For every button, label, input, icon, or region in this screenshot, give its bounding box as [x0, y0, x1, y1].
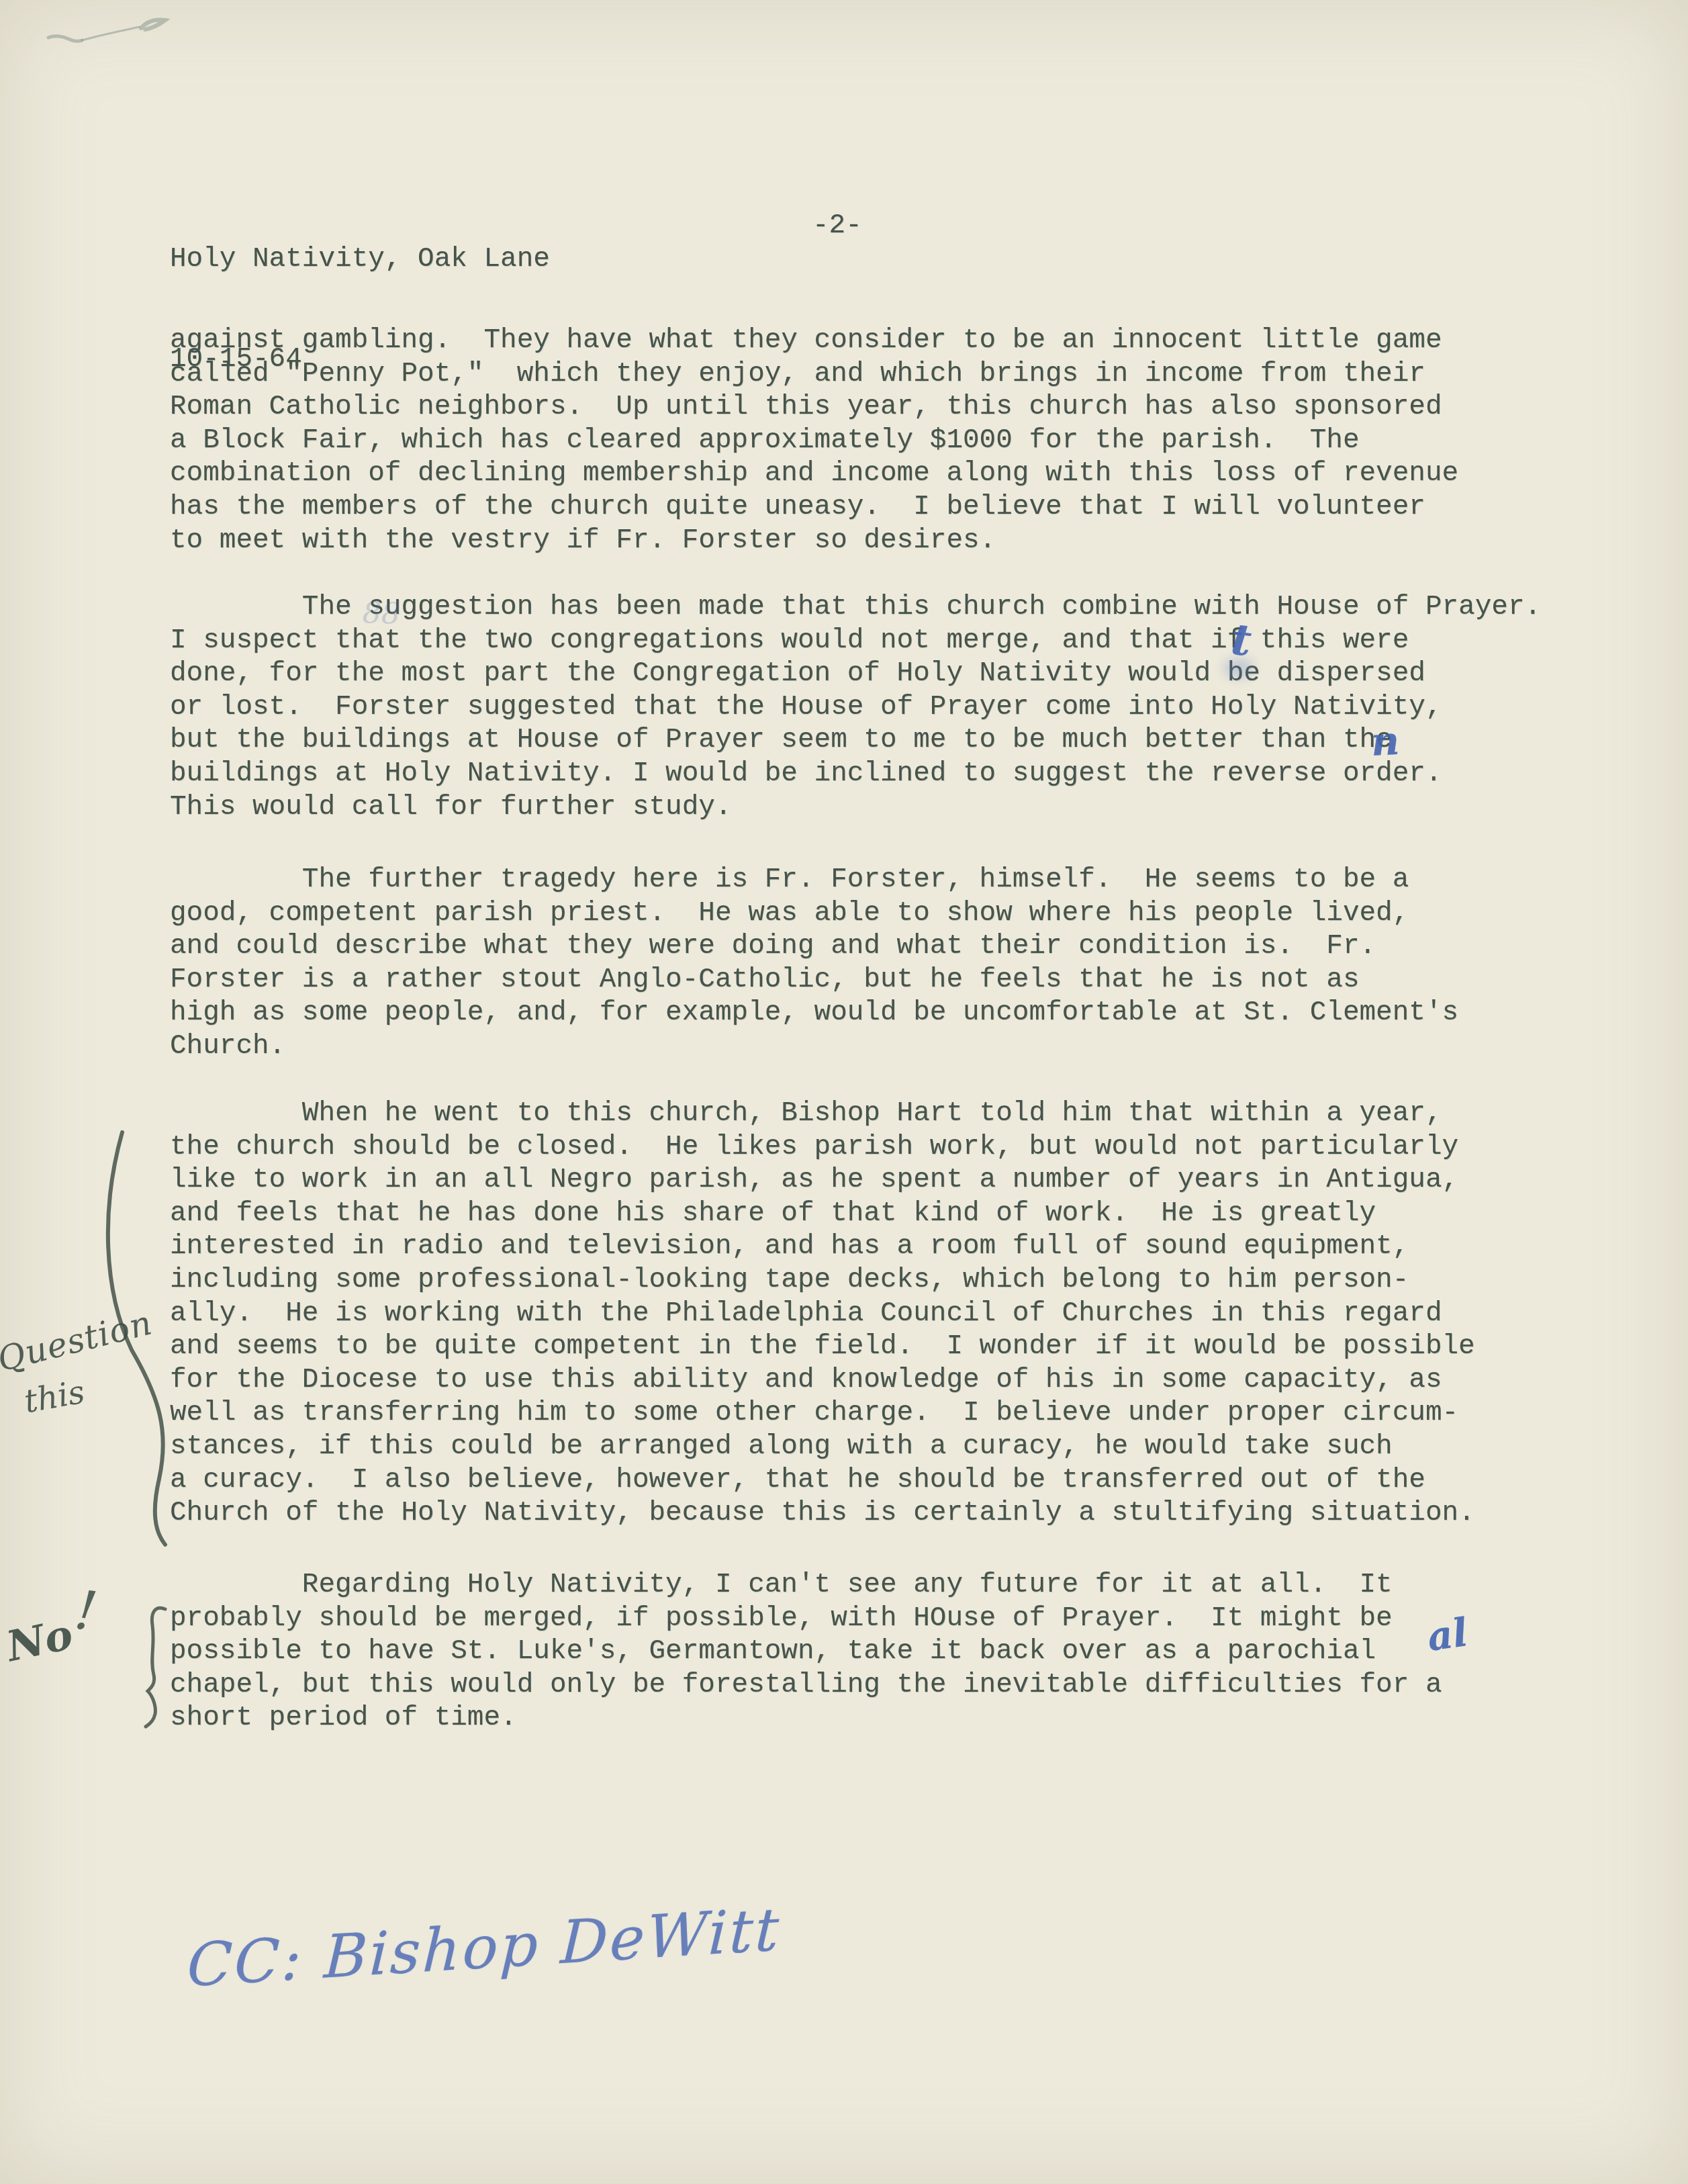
ink-ghost-mark: 88 [362, 596, 401, 631]
page-number: -2- [812, 210, 862, 243]
ink-smudge [1223, 658, 1254, 678]
ink-correction-than: n [1370, 718, 1401, 765]
paragraph-5: Regarding Holy Nativity, I can't see any… [170, 1569, 1442, 1735]
margin-note-no: No [2, 1610, 77, 1672]
ink-correction-parochial: al [1425, 1609, 1471, 1660]
paragraph-1: against gambling. They have what they co… [170, 324, 1458, 557]
paragraph-3: The further tragedy here is Fr. Forster,… [170, 864, 1458, 1064]
margin-note-exclamation: ! [71, 1578, 100, 1643]
document-title: Holy Nativity, Oak Lane [170, 243, 550, 277]
paragraph-4: When he went to this church, Bishop Hart… [170, 1097, 1475, 1531]
margin-note-question-this: this [21, 1373, 88, 1421]
cc-note: CC: Bishop DeWitt [186, 1895, 782, 2001]
document-page: Holy Nativity, Oak Lane 10-15-64 -2- aga… [0, 0, 1688, 2184]
margin-brace-small [138, 1604, 175, 1728]
pencil-squiggle-mark [40, 12, 188, 52]
